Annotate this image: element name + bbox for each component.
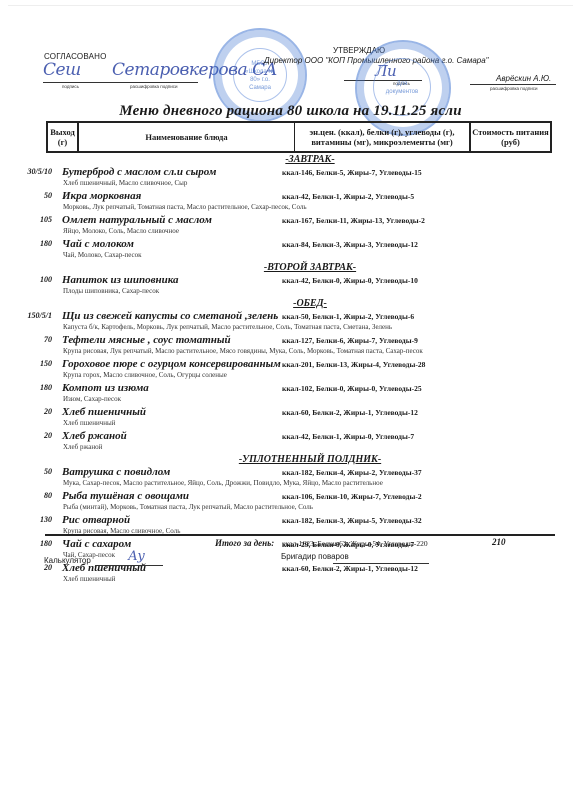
dish-name: Хлеб пшеничный [62,406,146,418]
dish-yield: 30/5/10 [20,167,52,176]
dish-ingredients: Хлеб пшеничный [63,419,115,427]
dish-ingredients: Яйцо, Молоко, Соль, Масло сливочное [63,227,179,235]
dish-yield: 180 [20,239,52,248]
left-signature-caption: подпись [62,84,79,89]
dish-yield: 80 [20,491,52,500]
menu-item: 80Рыба тушёная с овощамиккал-106, Белки-… [20,490,560,514]
dish-ingredients: Капуста б/к, Картофель, Морковь, Лук реп… [63,323,392,331]
menu-table-header: Выход (г) Наименование блюда эн.цен. (кк… [46,121,552,153]
dish-name: Омлет натуральный с маслом [62,214,212,226]
right-name-line [470,84,556,85]
menu-item: 70Тефтели мясные , соус томатныйккал-127… [20,334,560,358]
dish-name: Напиток из шиповника [62,274,179,286]
dish-name: Хлеб ржаной [62,430,127,442]
dish-yield: 180 [20,539,52,548]
dish-nutrition: ккал-60, Белки-2, Жиры-1, Углеводы-12 [282,564,418,573]
dish-yield: 180 [20,383,52,392]
dish-nutrition: ккал-201, Белки-13, Жиры-4, Углеводы-28 [282,360,425,369]
dish-nutrition: ккал-42, Белки-0, Жиры-0, Углеводы-10 [282,276,418,285]
dish-nutrition: ккал-60, Белки-2, Жиры-1, Углеводы-12 [282,408,418,417]
dish-name: Рыба тушёная с овощами [62,490,189,502]
dish-ingredients: Морковь, Лук репчатый, Томатная паста, М… [63,203,307,211]
menu-item: 180Компот из изюмаккал-102, Белки-0, Жир… [20,382,560,406]
dish-yield: 150 [20,359,52,368]
dish-ingredients: Чай, Молоко, Сахар-песок [63,251,142,259]
dish-ingredients: Крупа рисовая, Лук репчатый, Масло расти… [63,347,423,355]
section-title: -ОБЕД- [20,298,560,310]
dish-name: Икра морковная [62,190,141,202]
dish-name: Чай с сахаром [62,538,131,550]
dish-name: Чай с молоком [62,238,134,250]
dish-ingredients: Хлеб пшеничный, Масло сливочное, Сыр [63,179,187,187]
dish-yield: 100 [20,275,52,284]
right-name-caption: расшифровка подписи [490,86,537,91]
menu-item: 180Чай с молокомккал-84, Белки-3, Жиры-3… [20,238,560,262]
column-header-dish-name: Наименование блюда [79,123,295,151]
daily-total-label: Итого за день: [215,538,274,548]
column-header-nutrition: эн.цен. (ккал), белки (г), углеводы (г),… [295,123,471,151]
menu-item: 20Хлеб пшеничныйккал-60, Белки-2, Жиры-1… [20,406,560,430]
dish-nutrition: ккал-84, Белки-3, Жиры-3, Углеводы-12 [282,240,418,249]
dish-nutrition: ккал-182, Белки-3, Жиры-5, Углеводы-32 [282,516,422,525]
dish-ingredients: Хлеб ржаной [63,443,102,451]
dish-yield: 20 [20,431,52,440]
daily-total-values: ккал-1623, Белки-62, Жиры-54, Углеводы-2… [282,539,428,548]
table-bottom-rule [45,534,555,536]
calculator-signature-line [95,565,163,566]
director-name: Аврёскин А.Ю. [496,74,551,83]
calculator-label: Калькулятор [44,556,91,565]
menu-item: 105Омлет натуральный с масломккал-167, Б… [20,214,560,238]
dish-nutrition: ккал-42, Белки-1, Жиры-2, Углеводы-5 [282,192,414,201]
section-title: -ЗАВТРАК- [20,154,560,166]
dish-ingredients: Крупа горох, Масло сливочное, Соль, Огур… [63,371,227,379]
left-signature-line [43,82,108,83]
column-header-cost: Стоимость питания (руб) [471,123,550,151]
dish-yield: 130 [20,515,52,524]
menu-item: 50Икра морковнаяккал-42, Белки-1, Жиры-2… [20,190,560,214]
dish-name: Щи из свежей капусты со сметаной ,зелень [62,310,278,322]
dish-yield: 150/5/1 [20,311,52,320]
dish-nutrition: ккал-102, Белки-0, Жиры-0, Углеводы-25 [282,384,422,393]
page-top-edge [8,5,573,6]
dish-nutrition: ккал-106, Белки-10, Жиры-7, Углеводы-2 [282,492,422,501]
dish-ingredients: Хлеб пшеничный [63,575,115,583]
chef-label: Бригадир поваров [281,552,349,561]
menu-body: -ЗАВТРАК-30/5/10Бутерброд с маслом сл.и … [20,154,560,586]
chef-signature-line [333,563,429,564]
left-signature: Сеш [43,60,81,80]
dish-nutrition: ккал-182, Белки-4, Жиры-2, Углеводы-37 [282,468,422,477]
dish-yield: 50 [20,191,52,200]
page-title: Меню дневного рациона 80 школа на 19.11.… [0,103,581,120]
menu-item: 20Хлеб ржанойккал-42, Белки-1, Жиры-0, У… [20,430,560,454]
section-title: -ВТОРОЙ ЗАВТРАК- [20,262,560,274]
dish-nutrition: ккал-50, Белки-1, Жиры-2, Углеводы-6 [282,312,414,321]
dish-ingredients: Мука, Сахар-песок, Масло растительное, Я… [63,479,383,487]
menu-item: 100Напиток из шиповникаккал-42, Белки-0,… [20,274,560,298]
dish-name: Гороховое пюре с огурцом консервированны… [62,358,281,370]
menu-item: 50Ватрушка с повидломккал-182, Белки-4, … [20,466,560,490]
dish-nutrition: ккал-146, Белки-5, Жиры-7, Углеводы-15 [282,168,422,177]
menu-item: 150Гороховое пюре с огурцом консервирова… [20,358,560,382]
menu-item: 30/5/10Бутерброд с маслом сл.и сыромккал… [20,166,560,190]
dish-ingredients: Плоды шиповника, Сахар-песок [63,287,159,295]
section-title: -УПЛОТНЕННЫЙ ПОЛДНИК- [20,454,560,466]
dish-nutrition: ккал-127, Белки-6, Жиры-7, Углеводы-9 [282,336,418,345]
dish-yield: 70 [20,335,52,344]
dish-ingredients: Рыба (минтай), Морковь, Томатная паста, … [63,503,313,511]
left-name-caption: расшифровка подписи [130,84,177,89]
dish-name: Ватрушка с повидлом [62,466,170,478]
dish-name: Рис отварной [62,514,130,526]
calculator-signature: Ау [128,549,144,564]
dish-name: Бутерброд с маслом сл.и сыром [62,166,216,178]
dish-name: Компот из изюма [62,382,149,394]
menu-item: 150/5/1Щи из свежей капусты со сметаной … [20,310,560,334]
left-name-line [108,82,198,83]
dish-yield: 20 [20,407,52,416]
column-header-yield: Выход (г) [48,123,79,151]
dish-nutrition: ккал-167, Белки-11, Жиры-13, Углеводы-2 [282,216,425,225]
dish-name: Тефтели мясные , соус томатный [62,334,231,346]
dish-nutrition: ккал-42, Белки-1, Жиры-0, Углеводы-7 [282,432,414,441]
dish-ingredients: Изюм, Сахар-песок [63,395,121,403]
dish-yield: 105 [20,215,52,224]
daily-total-cost: 210 [492,537,506,547]
dish-yield: 50 [20,467,52,476]
